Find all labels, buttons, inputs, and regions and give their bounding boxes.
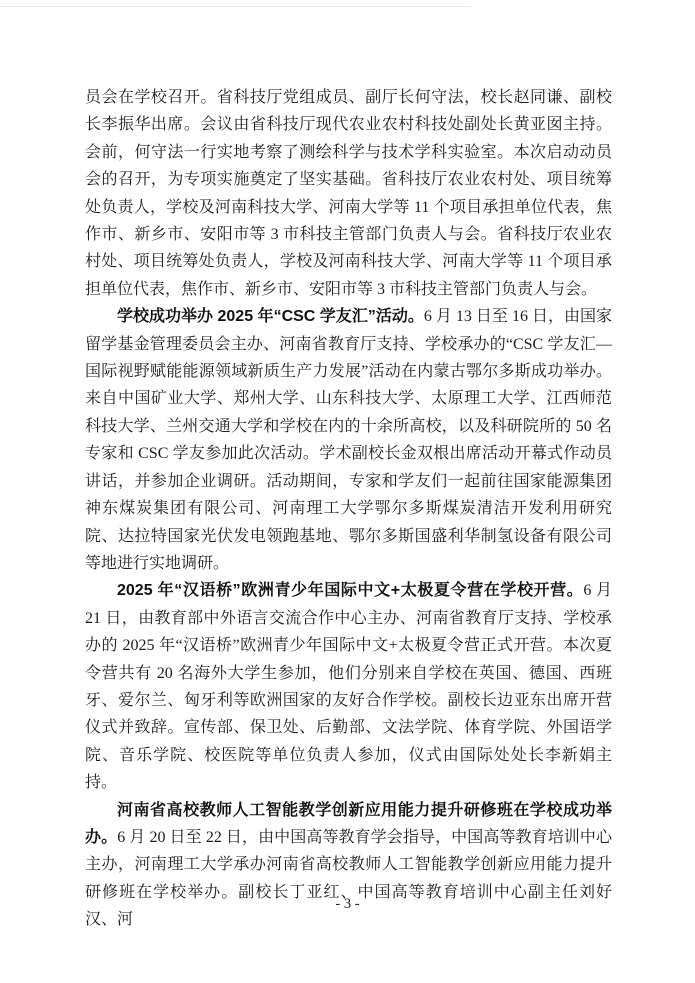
paragraph-text: 6 月 20 日至 22 日，由中国高等教育学会指导，中国高等教育培训中心主办，… (85, 829, 612, 928)
paragraph: 2025 年“汉语桥”欧洲青少年国际中文+太极夏令营在学校开营。6 月 21 日… (85, 577, 612, 796)
paragraph-text: 员会在学校召开。省科技厅党组成员、副厅长何守法，校长赵同谦、副校长李振华出席。会… (85, 89, 612, 298)
page-body: 员会在学校召开。省科技厅党组成员、副厅长何守法，校长赵同谦、副校长李振华出席。会… (85, 84, 612, 934)
page-footer: - 3 - (0, 896, 695, 913)
paragraph-text: 6 月 21 日，由教育部中外语言交流合作中心主办、河南省教育厅支持、学校承办的… (85, 582, 612, 791)
page-number: - 3 - (335, 896, 359, 912)
paragraph: 员会在学校召开。省科技厅党组成员、副厅长何守法，校长赵同谦、副校长李振华出席。会… (85, 84, 612, 303)
paragraph-heading: 2025 年“汉语桥”欧洲青少年国际中文+太极夏令营在学校开营。 (117, 582, 583, 599)
paragraph: 河南省高校教师人工智能教学创新应用能力提升研修班在学校成功举办。6 月 20 日… (85, 797, 612, 934)
paragraph: 学校成功举办 2025 年“CSC 学友汇”活动。6 月 13 日至 16 日，… (85, 303, 612, 577)
paragraph-text: 6 月 13 日至 16 日，由国家留学基金管理委员会主办、河南省教育厅支持、学… (85, 308, 612, 572)
paragraph-heading: 学校成功举办 2025 年“CSC 学友汇”活动。 (117, 308, 424, 325)
document-page: 员会在学校召开。省科技厅党组成员、副厅长何守法，校长赵同谦、副校长李振华出席。会… (0, 0, 695, 983)
scan-artifact-line (0, 6, 470, 7)
